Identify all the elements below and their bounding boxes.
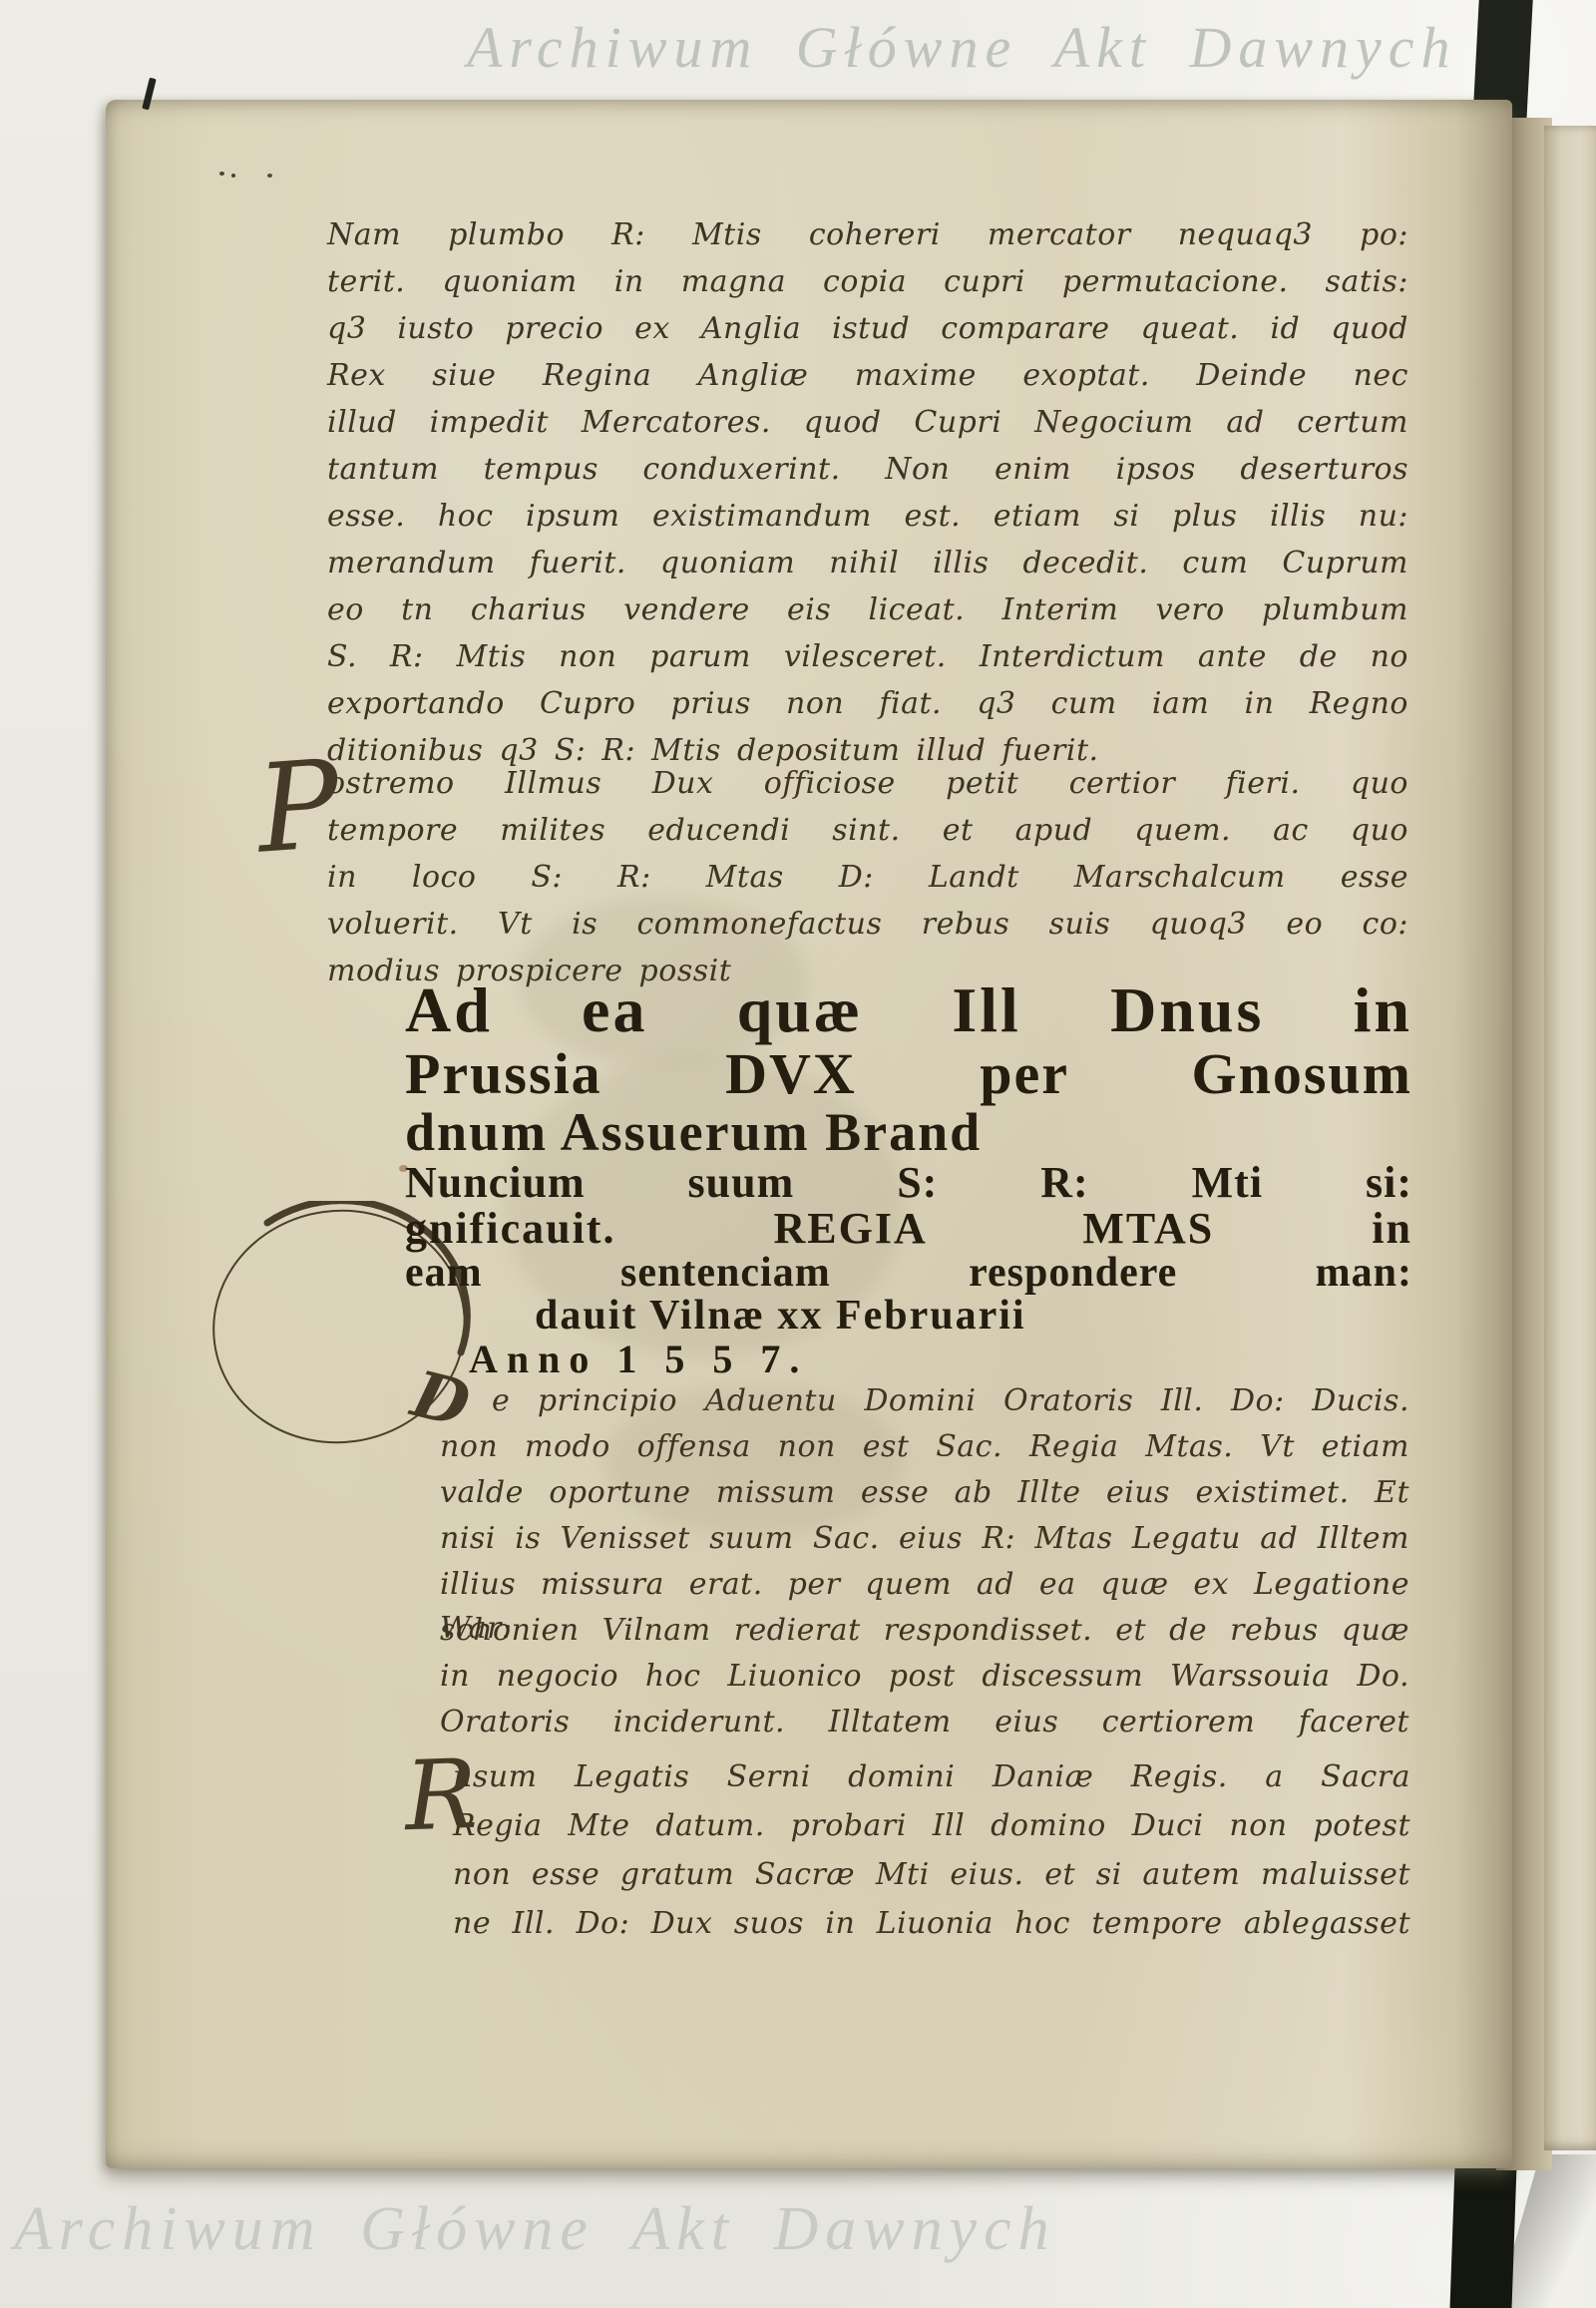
manuscript-line: tantum tempus conduxerint. Non enim ipso… [327,448,1408,495]
manuscript-line: illud impedit Mercatores. quod Cupri Neg… [327,401,1408,448]
manuscript-line: terit. quoniam in magna copia cupri perm… [327,260,1408,307]
bookmark-ribbon-bottom [1450,2166,1517,2308]
manuscript-line: Oratoris inciderunt. Illtatem eius certi… [440,1701,1409,1746]
manuscript-line: tempore milites educendi sint. et apud q… [327,809,1408,856]
manuscript-line: Regia Mte datum. probari Ill domino Duci… [453,1804,1410,1853]
archive-watermark-bottom: Archiwum Główne Akt Dawnych [14,2194,1056,2265]
paragraph-de-principio: e principio Aduentu Domini Oratoris Ill.… [440,1379,1409,1746]
manuscript-line: esse. hoc ipsum existimandum est. etiam … [327,495,1408,542]
manuscript-line: ne Ill. Do: Dux suos in Liuonia hoc temp… [453,1902,1410,1951]
adjacent-page-edge [1544,126,1596,2150]
paper-speck [219,172,224,176]
archive-scan: Archiwum Główne Akt Dawnych Nam plumbo R… [0,0,1596,2308]
initial-letter-p: P [253,743,343,870]
manuscript-line: Nuncium suum S: R: Mti si: [405,1160,1412,1206]
manuscript-line: q3 iusto precio ex Anglia istud comparar… [327,307,1408,354]
archive-watermark-top: Archiwum Główne Akt Dawnych [467,14,1457,81]
manuscript-line: in negocio hoc Liuonico post discessum W… [440,1655,1409,1701]
manuscript-line: Anno 1 5 5 7. [469,1339,1412,1380]
manuscript-line: in loco S: R: Mtas D: Landt Marschalcum … [327,856,1408,903]
manuscript-line: non modo offensa non est Sac. Regia Mtas… [440,1425,1409,1471]
manuscript-line: merandum fuerit. quoniam nihil illis dec… [327,542,1408,588]
manuscript-line: Ad ea quæ Ill Dnus in [405,977,1412,1044]
paragraph-plumbum: Nam plumbo R: Mtis cohereri mercator neq… [327,213,1408,776]
paper-speck [267,174,272,178]
manuscript-line: e principio Aduentu Domini Oratoris Ill.… [492,1379,1409,1425]
paragraph-postremo: ostremo Illmus Dux officiose petit certi… [327,762,1408,996]
manuscript-line: illius missura erat. per quem ad ea quæ … [440,1563,1409,1609]
manuscript-page: Nam plumbo R: Mtis cohereri mercator neq… [106,100,1512,2168]
manuscript-line: nisi is Venisset suum Sac. eius R: Mtas … [440,1517,1409,1563]
manuscript-line: non esse gratum Sacræ Mti eius. et si au… [453,1853,1410,1902]
manuscript-line: schonien Vilnam redierat respondisset. e… [440,1609,1409,1655]
manuscript-line: dauit Vilnæ xx Februarii [535,1295,1412,1339]
section-heading: Ad ea quæ Ill Dnus inPrussia DVX per Gno… [405,977,1412,1379]
paper-speck [231,174,235,178]
initial-letter-r: R [403,1746,479,1844]
manuscript-line: eo tn charius vendere eis liceat. Interi… [327,588,1408,635]
paragraph-responsum: nsum Legatis Serni domini Daniæ Regis. a… [453,1755,1410,1951]
manuscript-line: valde oportune missum esse ab Illte eius… [440,1471,1409,1517]
manuscript-line: Rex siue Regina Angliæ maxime exoptat. D… [327,354,1408,401]
manuscript-line: gnificauit. REGIA MTAS in [405,1206,1412,1252]
manuscript-line: Prussia DVX per Gnosum [405,1044,1412,1104]
manuscript-line: eam sentenciam respondere man: [405,1252,1412,1296]
manuscript-line: Nam plumbo R: Mtis cohereri mercator neq… [327,213,1408,260]
manuscript-line: voluerit. Vt is commonefactus rebus suis… [327,903,1408,950]
manuscript-line: ostremo Illmus Dux officiose petit certi… [327,762,1408,809]
manuscript-line: exportando Cupro prius non fiat. q3 cum … [327,682,1408,729]
manuscript-line: dnum Assuerum Brand [405,1104,1412,1160]
manuscript-line: nsum Legatis Serni domini Daniæ Regis. a… [453,1755,1410,1804]
manuscript-line: S. R: Mtis non parum vilesceret. Interdi… [327,635,1408,682]
